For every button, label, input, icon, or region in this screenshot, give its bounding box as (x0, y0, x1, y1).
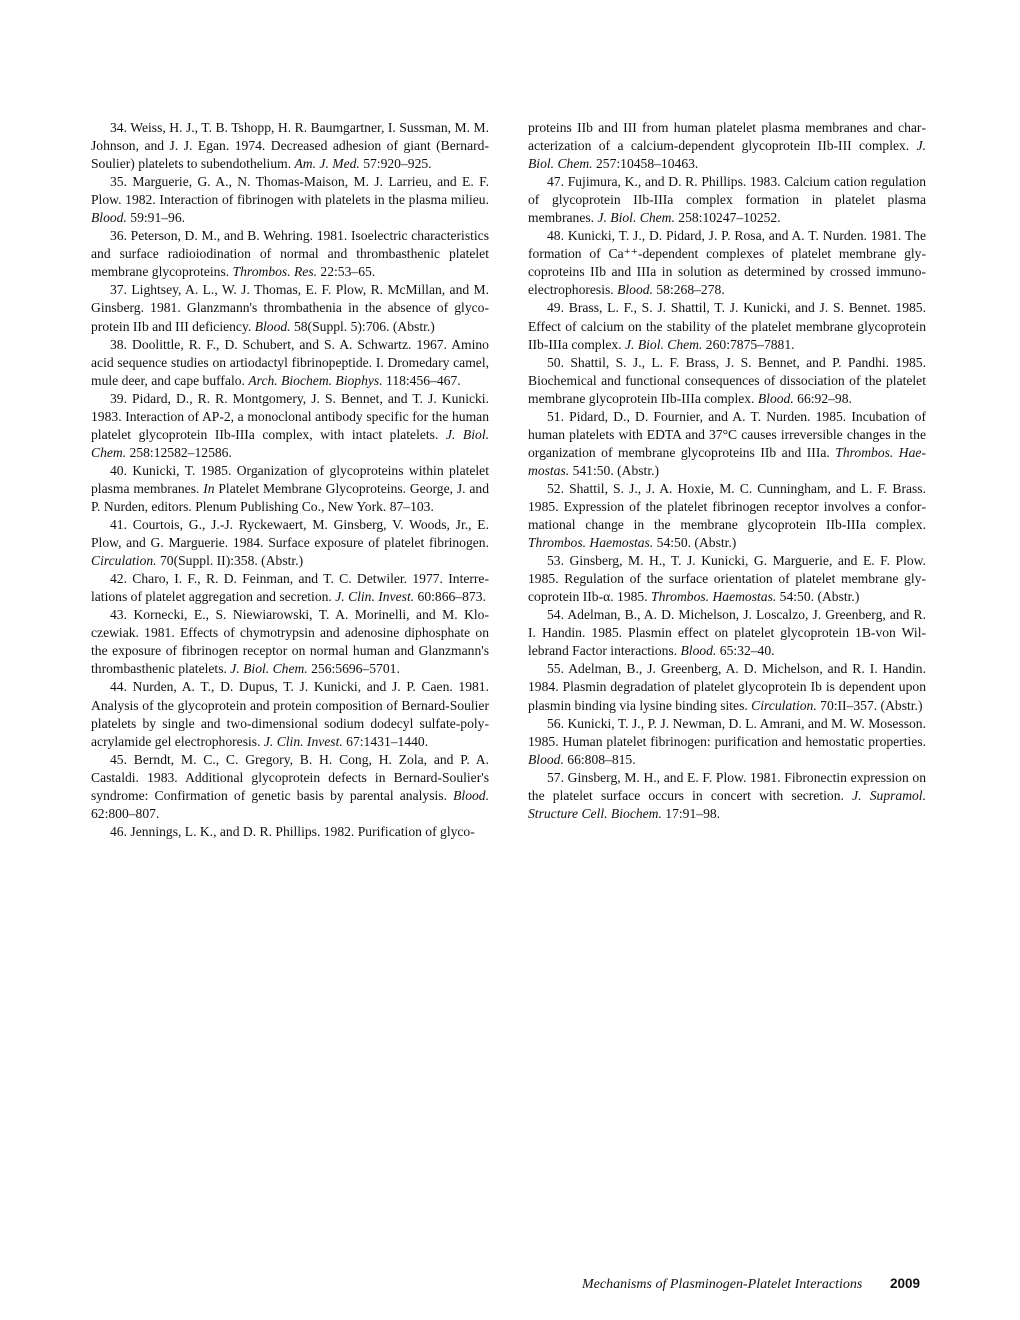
reference-item: 36. Peterson, D. M., and B. Wehring. 198… (91, 227, 489, 281)
journal-name: Blood. (453, 788, 489, 803)
reference-citation: 258:10247–10252. (675, 210, 781, 225)
reference-number: 55. (547, 661, 564, 676)
reference-item: 45. Berndt, M. C., C. Gregory, B. H. Con… (91, 751, 489, 823)
journal-name: Blood. (91, 210, 127, 225)
reference-citation: 67:1431–1440. (343, 734, 428, 749)
reference-citation: 57:920–925. (360, 156, 432, 171)
reference-number: 46. (110, 824, 127, 839)
reference-text: Berndt, M. C., C. Gregory, B. H. Cong, H… (91, 752, 489, 803)
reference-citation: 66:92–98. (794, 391, 852, 406)
reference-item: 52. Shattil, S. J., J. A. Hoxie, M. C. C… (528, 480, 926, 552)
reference-number: 50. (547, 355, 564, 370)
reference-citation: 59:91–96. (127, 210, 185, 225)
reference-item: 56. Kunicki, T. J., P. J. Newman, D. L. … (528, 715, 926, 769)
journal-name: J. Biol. Chem. (625, 337, 702, 352)
reference-number: 52. (547, 481, 564, 496)
running-title: Mechanisms of Plasminogen-Platelet Inter… (582, 1277, 862, 1293)
reference-item: 42. Charo, I. F., R. D. Feinman, and T. … (91, 570, 489, 606)
reference-item: 38. Doolittle, R. F., D. Schubert, and S… (91, 336, 489, 390)
journal-name: J. Clin. Invest. (264, 734, 343, 749)
reference-number: 45. (110, 752, 127, 767)
reference-number: 34. (110, 120, 127, 135)
reference-item: 39. Pidard, D., R. R. Montgomery, J. S. … (91, 390, 489, 462)
journal-name: Blood. (758, 391, 794, 406)
journal-name: Blood. (255, 319, 291, 334)
reference-citation: 256:5696–5701. (308, 661, 400, 676)
reference-text: Shattil, S. J., L. F. Brass, J. S. Benne… (528, 355, 926, 406)
reference-item: 46. Jennings, L. K., and D. R. Phillips.… (91, 823, 489, 841)
reference-citation: 58:268–278. (653, 282, 725, 297)
reference-text: Kunicki, T. J., P. J. Newman, D. L. Amra… (528, 716, 926, 749)
reference-citation: 60:866–873. (414, 589, 486, 604)
reference-number: 35. (110, 174, 127, 189)
reference-citation: 62:800–807. (91, 806, 159, 821)
reference-citation: 54:50. (Abstr.) (776, 589, 859, 604)
journal-name: J. Biol. Chem. (597, 210, 674, 225)
reference-item: 48. Kunicki, T. J., D. Pidard, J. P. Ros… (528, 227, 926, 299)
reference-number: 56. (547, 716, 564, 731)
reference-continuation: proteins IIb and III from human platelet… (528, 119, 926, 173)
reference-citation: 260:7875–7881. (702, 337, 794, 352)
reference-item: 57. Ginsberg, M. H., and E. F. Plow. 198… (528, 769, 926, 823)
reference-number: 41. (110, 517, 127, 532)
reference-citation: 257:10458–10463. (593, 156, 699, 171)
reference-number: 53. (547, 553, 564, 568)
reference-number: 37. (110, 282, 127, 297)
reference-citation: 54:50. (Abstr.) (653, 535, 736, 550)
reference-item: 47. Fujimura, K., and D. R. Phillips. 19… (528, 173, 926, 227)
page-footer: Mechanisms of Plasminogen-Platelet Inter… (582, 1276, 920, 1293)
reference-item: 53. Ginsberg, M. H., T. J. Kunicki, G. M… (528, 552, 926, 606)
journal-name: Blood. (617, 282, 653, 297)
journal-name: Blood. (681, 643, 717, 658)
reference-text: Shattil, S. J., J. A. Hoxie, M. C. Cunni… (528, 481, 926, 532)
reference-citation: 70(Suppl. II):358. (Abstr.) (157, 553, 304, 568)
journal-name: In (203, 481, 214, 496)
reference-item: 44. Nurden, A. T., D. Dupus, T. J. Kunic… (91, 678, 489, 750)
references-column-left: 34. Weiss, H. J., T. B. Tshopp, H. R. Ba… (91, 119, 489, 841)
journal-name: Blood. (528, 752, 564, 767)
reference-text: Jennings, L. K., and D. R. Phillips. 198… (130, 824, 474, 839)
reference-citation: 65:32–40. (716, 643, 774, 658)
reference-number: 38. (110, 337, 127, 352)
reference-citation: 17:91–98. (662, 806, 720, 821)
reference-citation: 70:II–357. (Abstr.) (817, 698, 923, 713)
journal-name: Thrombos. Haemostas. (651, 589, 776, 604)
reference-citation: 66:808–815. (564, 752, 636, 767)
reference-citation: 58(Suppl. 5):706. (Abstr.) (291, 319, 435, 334)
journal-name: Circulation. (751, 698, 817, 713)
reference-number: 39. (110, 391, 127, 406)
reference-item: 40. Kunicki, T. 1985. Organization of gl… (91, 462, 489, 516)
reference-citation: 541:50. (Abstr.) (569, 463, 659, 478)
reference-number: 49. (547, 300, 564, 315)
reference-number: 40. (110, 463, 127, 478)
reference-item: 51. Pidard, D., D. Fournier, and A. T. N… (528, 408, 926, 480)
journal-name: Arch. Biochem. Biophys. (248, 373, 382, 388)
journal-name: Thrombos. Haemostas. (528, 535, 653, 550)
reference-citation: 258:12582–12586. (126, 445, 232, 460)
reference-item: 37. Lightsey, A. L., W. J. Thomas, E. F.… (91, 281, 489, 335)
reference-number: 43. (110, 607, 127, 622)
reference-text: Kunicki, T. J., D. Pidard, J. P. Rosa, a… (528, 228, 926, 297)
reference-text: Marguerie, G. A., N. Thomas-Maison, M. J… (91, 174, 489, 207)
reference-citation: 22:53–65. (317, 264, 375, 279)
reference-item: 34. Weiss, H. J., T. B. Tshopp, H. R. Ba… (91, 119, 489, 173)
reference-number: 48. (547, 228, 564, 243)
reference-text: proteins IIb and III from human platelet… (528, 120, 926, 153)
reference-number: 44. (110, 679, 127, 694)
reference-text: Pidard, D., R. R. Montgomery, J. S. Benn… (91, 391, 489, 442)
reference-item: 43. Kornecki, E., S. Niewiarowski, T. A.… (91, 606, 489, 678)
reference-number: 54. (547, 607, 564, 622)
reference-number: 47. (547, 174, 564, 189)
journal-name: Thrombos. Res. (233, 264, 317, 279)
reference-item: 49. Brass, L. F., S. J. Shattil, T. J. K… (528, 299, 926, 353)
reference-number: 57. (547, 770, 564, 785)
reference-number: 36. (110, 228, 127, 243)
reference-text: Courtois, G., J.-J. Ryckewaert, M. Ginsb… (91, 517, 489, 550)
journal-name: Am. J. Med. (295, 156, 360, 171)
journal-name: J. Clin. Invest. (335, 589, 414, 604)
reference-item: 35. Marguerie, G. A., N. Thomas-Maison, … (91, 173, 489, 227)
journal-name: Circulation. (91, 553, 157, 568)
reference-citation: 118:456–467. (383, 373, 461, 388)
references-column-right: proteins IIb and III from human platelet… (528, 119, 926, 823)
reference-item: 54. Adelman, B., A. D. Michelson, J. Los… (528, 606, 926, 660)
reference-item: 41. Courtois, G., J.-J. Ryckewaert, M. G… (91, 516, 489, 570)
reference-number: 42. (110, 571, 127, 586)
reference-number: 51. (547, 409, 564, 424)
page-number: 2009 (890, 1276, 920, 1291)
reference-item: 50. Shattil, S. J., L. F. Brass, J. S. B… (528, 354, 926, 408)
journal-name: J. Biol. Chem. (230, 661, 307, 676)
reference-item: 55. Adelman, B., J. Greenberg, A. D. Mic… (528, 660, 926, 714)
